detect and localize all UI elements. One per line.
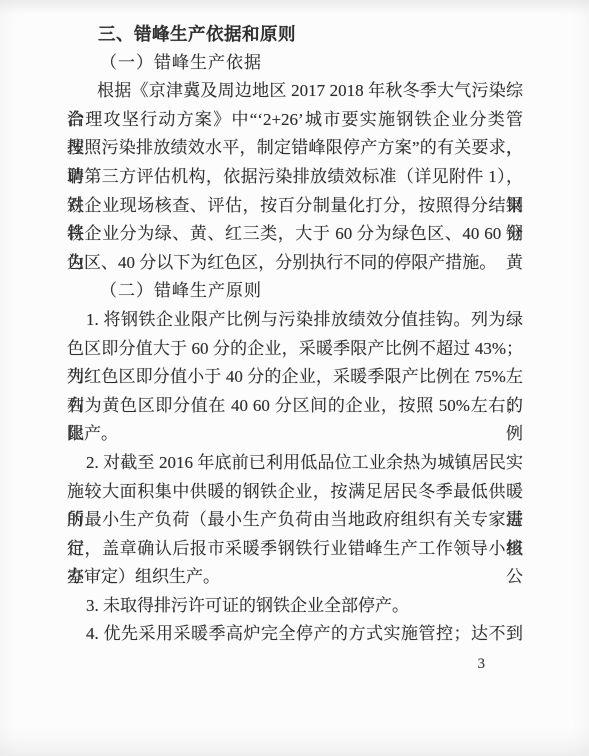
doc-line: 1. 将钢铁企业限产比例与污染排放绩效分值挂钩。列为绿: [67, 306, 523, 335]
doc-line: 4. 优先采用采暖季高炉完全停产的方式实施管控；达不到: [67, 620, 523, 649]
doc-line: 治理攻坚行动方案》中“‘2+26’城市要实施钢铁企业分类管理，: [67, 106, 523, 135]
doc-line: 按照污染排放绩效水平，制定错峰限停产方案”的有关要求，聘: [67, 134, 523, 163]
section-1-heading: （一）错峰生产依据: [67, 49, 523, 78]
doc-line: 根据《京津冀及周边地区 2017 2018 年秋冬季大气污染综合: [67, 77, 523, 106]
chapter-heading: 三、错峰生产依据和原则: [67, 20, 523, 49]
doc-line: 3. 未取得排污许可证的钢铁企业全部停产。: [67, 592, 523, 621]
page-number: 3: [67, 656, 523, 673]
doc-line: 为红色区即分值小于 40 分的企业，采暖季限产比例在 75%左右；: [67, 363, 523, 392]
doc-line: 铁企业现场核查、评估，按百分制量化打分，按照得分结果将钢: [67, 192, 523, 221]
document-content: 三、错峰生产依据和原则 （一）错峰生产依据 根据《京津冀及周边地区 2017 2…: [67, 20, 523, 649]
document-page: 三、错峰生产依据和原则 （一）错峰生产依据 根据《京津冀及周边地区 2017 2…: [0, 0, 589, 756]
doc-line: 定，盖章确认后报市采暖季钢铁行业错峰生产工作领导小组办公: [67, 535, 523, 564]
doc-line: 请第三方评估机构，依据污染排放绩效标准（详见附件 1），对钢: [67, 163, 523, 192]
doc-line: 列为黄色区即分值在 40 60 分区间的企业，按照 50%左右的比例: [67, 392, 523, 421]
doc-line: 色区即分值大于 60 分的企业，采暖季限产比例不超过 43%；列: [67, 335, 523, 364]
doc-line: 的最小生产负荷（最小生产负荷由当地政府组织有关专家进行核: [67, 506, 523, 535]
doc-line: 色区、40 分以下为红色区，分别执行不同的停限产措施。: [67, 249, 523, 278]
doc-line: 施较大面积集中供暖的钢铁企业，按满足居民冬季最低供暖所需: [67, 478, 523, 507]
section-2-heading: （二）错峰生产原则: [67, 277, 523, 306]
doc-line: 2. 对截至 2016 年底前已利用低品位工业余热为城镇居民实: [67, 449, 523, 478]
doc-line: 铁企业分为绿、黄、红三类，大于 60 分为绿色区、40 60 分为黄: [67, 220, 523, 249]
